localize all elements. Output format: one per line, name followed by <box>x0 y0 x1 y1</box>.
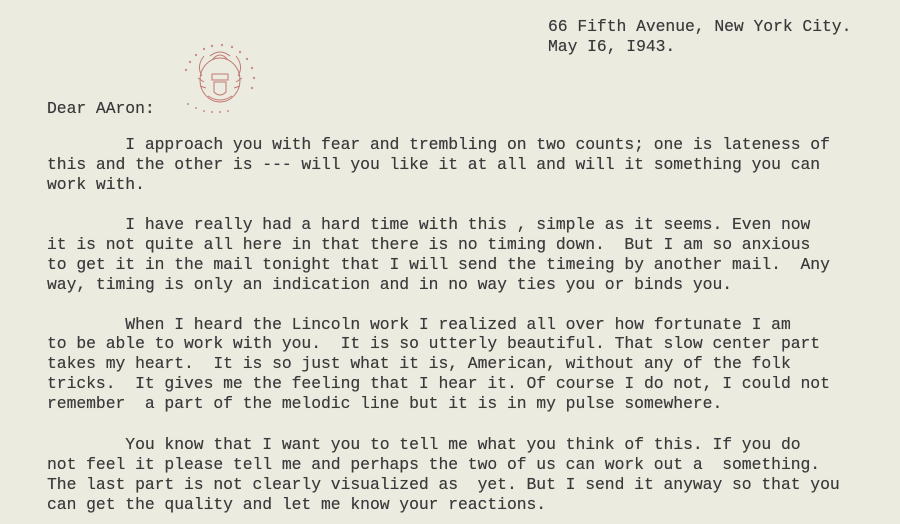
body-line: way, timing is only an indication and in… <box>47 275 732 294</box>
body-line: this and the other is --- will you like … <box>47 155 820 174</box>
body-line: work with. <box>47 175 145 194</box>
body-line: I approach you with fear and trembling o… <box>47 135 830 154</box>
body-line: When I heard the Lincoln work I realized… <box>47 315 791 334</box>
sender-address: 66 Fifth Avenue, New York City. <box>548 17 851 36</box>
body-line: You know that I want you to tell me what… <box>47 435 801 454</box>
body-line: to be able to work with you. It is so ut… <box>47 334 820 353</box>
body-line: tricks. It gives me the feeling that I h… <box>47 374 830 393</box>
body-line: it is not quite all here in that there i… <box>47 235 810 254</box>
body-line: not feel it please tell me and perhaps t… <box>47 455 820 474</box>
body-line: I have really had a hard time with this … <box>47 215 810 234</box>
letter-date: May I6, I943. <box>548 37 675 56</box>
salutation: Dear AAron: <box>47 99 155 118</box>
body-line: remember a part of the melodic line but … <box>47 394 722 413</box>
body-line: takes my heart. It is so just what it is… <box>47 354 791 373</box>
body-line: can get the quality and let me know your… <box>47 495 546 514</box>
letter-page: 66 Fifth Avenue, New York City. May I6, … <box>0 0 900 524</box>
body-line: The last part is not clearly visualized … <box>47 475 840 494</box>
body-line: to get it in the mail tonight that I wil… <box>47 255 830 274</box>
eagle-seal-icon <box>172 38 268 118</box>
